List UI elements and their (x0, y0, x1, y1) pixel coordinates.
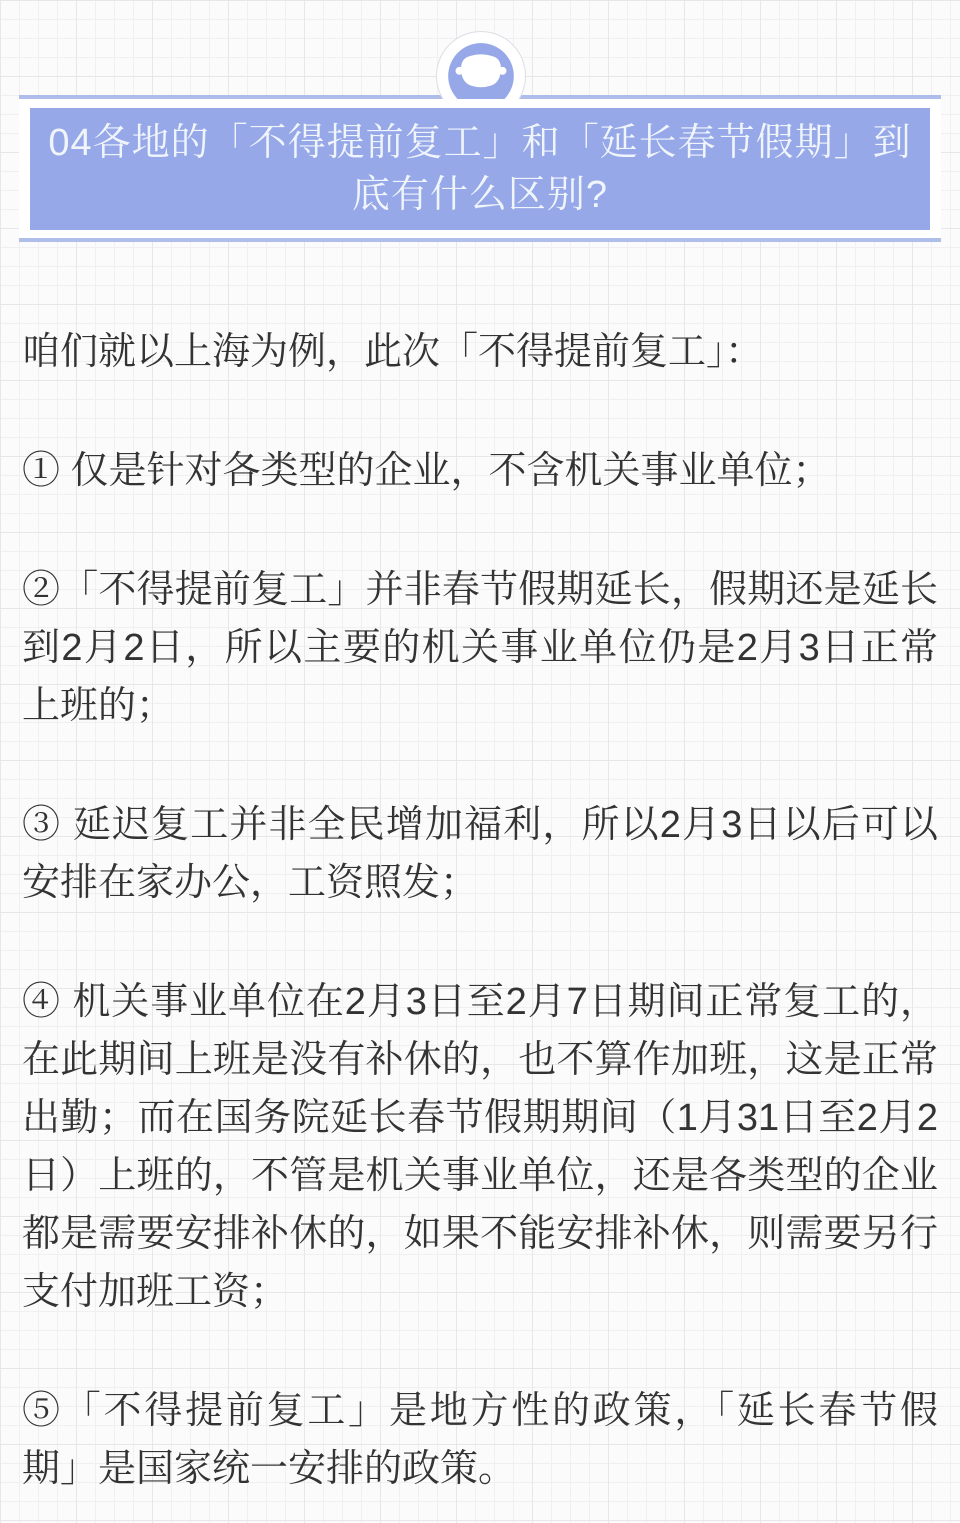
text-line: 日）上班的，不管是机关事业单位，还是各类型的企业 (22, 1147, 938, 1205)
text-line: 都是需要安排补休的，如果不能安排补休，则需要另行 (22, 1205, 938, 1263)
text-line: 期」是国家统一安排的政策。 (22, 1440, 938, 1498)
section-title-line-2: 底有什么区别? (352, 169, 608, 221)
text-line: 安排在家办公，工资照发； (22, 854, 938, 912)
text-line: ① 仅是针对各类型的企业，不含机关事业单位； (22, 442, 938, 500)
paragraph: ②「不得提前复工」并非春节假期延长，假期还是延长到2月2日，所以主要的机关事业单… (22, 561, 938, 735)
section-title-line-1: 04各地的「不得提前复工」和「延长春节假期」到 (48, 117, 911, 169)
paragraph: 咱们就以上海为例，此次「不得提前复工」： (22, 323, 938, 381)
text-line: ③ 延迟复工并非全民增加福利，所以2月3日以后可以 (22, 796, 938, 854)
text-line: 在此期间上班是没有补休的，也不算作加班，这是正常 (22, 1031, 938, 1089)
text-line: 到2月2日，所以主要的机关事业单位仍是2月3日正常 (22, 619, 938, 677)
text-line: ②「不得提前复工」并非春节假期延长，假期还是延长 (22, 561, 938, 619)
article-body: 咱们就以上海为例，此次「不得提前复工」：① 仅是针对各类型的企业，不含机关事业单… (22, 323, 938, 1498)
paragraph: ① 仅是针对各类型的企业，不含机关事业单位； (22, 442, 938, 500)
text-line: ⑤「不得提前复工」是地方性的政策，「延长春节假 (22, 1382, 938, 1440)
text-line: 上班的； (22, 677, 938, 735)
text-line: 咱们就以上海为例，此次「不得提前复工」： (22, 323, 938, 381)
article-page: 04各地的「不得提前复工」和「延长春节假期」到 底有什么区别? 咱们就以上海为例… (0, 0, 960, 1523)
paragraph: ④ 机关事业单位在2月3日至2月7日期间正常复工的，在此期间上班是没有补休的，也… (22, 973, 938, 1321)
paragraph: ⑤「不得提前复工」是地方性的政策，「延长春节假期」是国家统一安排的政策。 (22, 1382, 938, 1498)
paragraph: ③ 延迟复工并非全民增加福利，所以2月3日以后可以安排在家办公，工资照发； (22, 796, 938, 912)
text-line: 支付加班工资； (22, 1263, 938, 1321)
text-line: ④ 机关事业单位在2月3日至2月7日期间正常复工的， (22, 973, 938, 1031)
header-band: 04各地的「不得提前复工」和「延长春节假期」到 底有什么区别? (19, 99, 941, 242)
text-line: 出勤；而在国务院延长春节假期期间（1月31日至2月2 (22, 1089, 938, 1147)
section-title-banner: 04各地的「不得提前复工」和「延长春节假期」到 底有什么区别? (30, 108, 930, 230)
